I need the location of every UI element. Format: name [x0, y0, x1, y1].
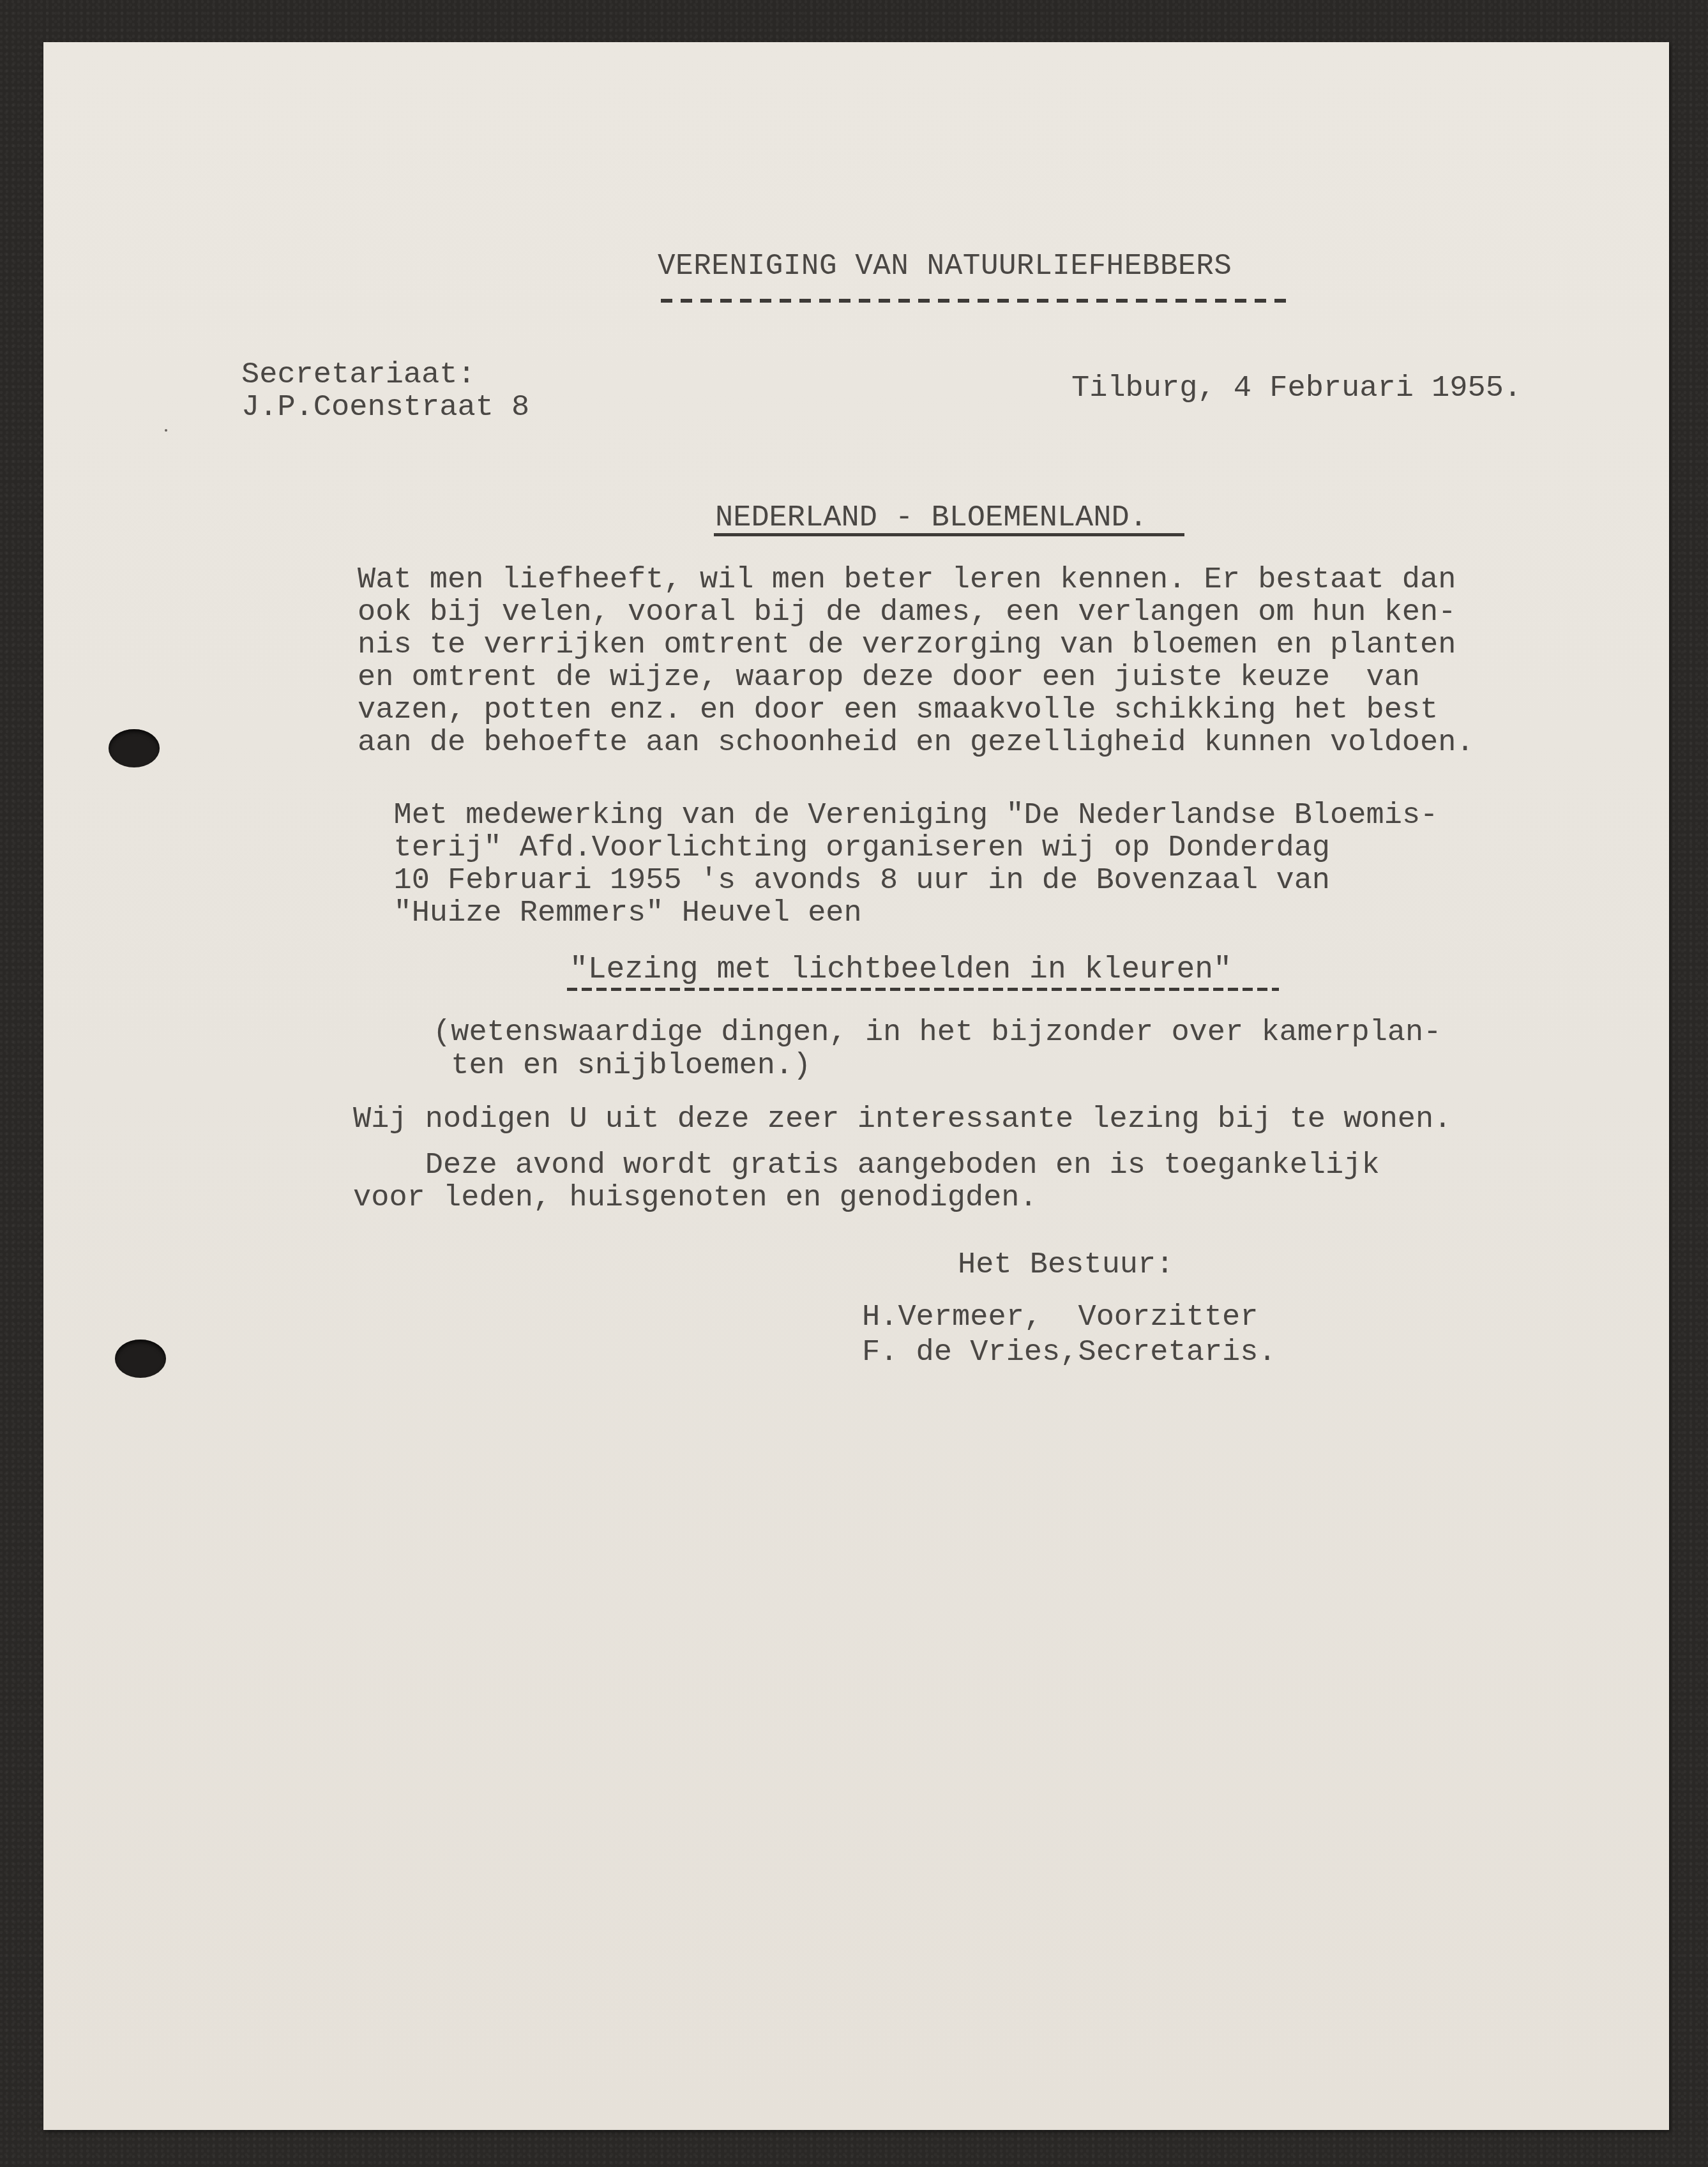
- invitation-line: Wij nodigen U uit deze zeer interessante…: [353, 1103, 1451, 1136]
- lecture-title-underline: [567, 988, 1279, 991]
- intro-line: aan de behoefte aan schoonheid en gezell…: [358, 726, 1474, 760]
- intro-line: nis te verrijken omtrent de verzorging v…: [358, 628, 1456, 662]
- intro-line: vazen, potten enz. en door een smaakvoll…: [358, 693, 1438, 727]
- announcement-paragraph: Met medewerking van de Vereniging "De Ne…: [358, 799, 1438, 930]
- place-date: Tilburg, 4 Februari 1955.: [1071, 372, 1522, 405]
- lecture-note-line: (wetenswaardige dingen, in het bijzonder…: [433, 1016, 1441, 1050]
- document-title: NEDERLAND - BLOEMENLAND.: [715, 502, 1147, 534]
- signoff-label: Het Bestuur:: [958, 1249, 1174, 1281]
- intro-line: ook bij velen, vooral bij de dames, een …: [358, 596, 1456, 630]
- heading-dashed-rule: [661, 299, 1287, 303]
- announcement-line: Met medewerking van de Vereniging "De Ne…: [393, 799, 1438, 833]
- intro-paragraph: Wat men liefheeft, wil men beter leren k…: [358, 564, 1474, 759]
- admission-paragraph: Deze avond wordt gratis aangeboden en is…: [353, 1149, 1380, 1214]
- intro-line: Wat men liefheeft, wil men beter leren k…: [358, 563, 1456, 597]
- admission-line: Deze avond wordt gratis aangeboden en is…: [353, 1149, 1380, 1182]
- signatory-secretary: F. de Vries,Secretaris.: [862, 1336, 1276, 1369]
- signatory-chairman: H.Vermeer, Voorzitter: [862, 1301, 1258, 1334]
- punch-hole-bottom: [115, 1340, 166, 1378]
- paper-speck: [165, 429, 167, 432]
- punch-hole-top: [109, 729, 160, 767]
- admission-line: voor leden, huisgenoten en genodigden.: [353, 1181, 1038, 1215]
- announcement-line: terij" Afd.Voorlichting organiseren wij …: [393, 831, 1330, 865]
- secretariat-address: J.P.Coenstraat 8: [241, 391, 529, 425]
- announcement-line: "Huize Remmers" Heuvel een: [393, 896, 861, 930]
- lecture-title: "Lezing met lichtbeelden in kleuren": [570, 954, 1232, 986]
- secretariat-block: Secretariaat: J.P.Coenstraat 8: [241, 359, 529, 424]
- announcement-line: 10 Februari 1955 's avonds 8 uur in de B…: [393, 864, 1330, 898]
- lecture-note: (wetenswaardige dingen, in het bijzonder…: [433, 1016, 1441, 1083]
- secretariat-label: Secretariaat:: [241, 358, 476, 392]
- title-underline: [714, 533, 1184, 536]
- organization-heading: VERENIGING VAN NATUURLIEFHEBBERS: [658, 250, 1232, 283]
- lecture-note-line: ten en snijbloemen.): [433, 1049, 811, 1083]
- letter-page: [43, 42, 1669, 2130]
- intro-line: en omtrent de wijze, waarop deze door ee…: [358, 661, 1420, 695]
